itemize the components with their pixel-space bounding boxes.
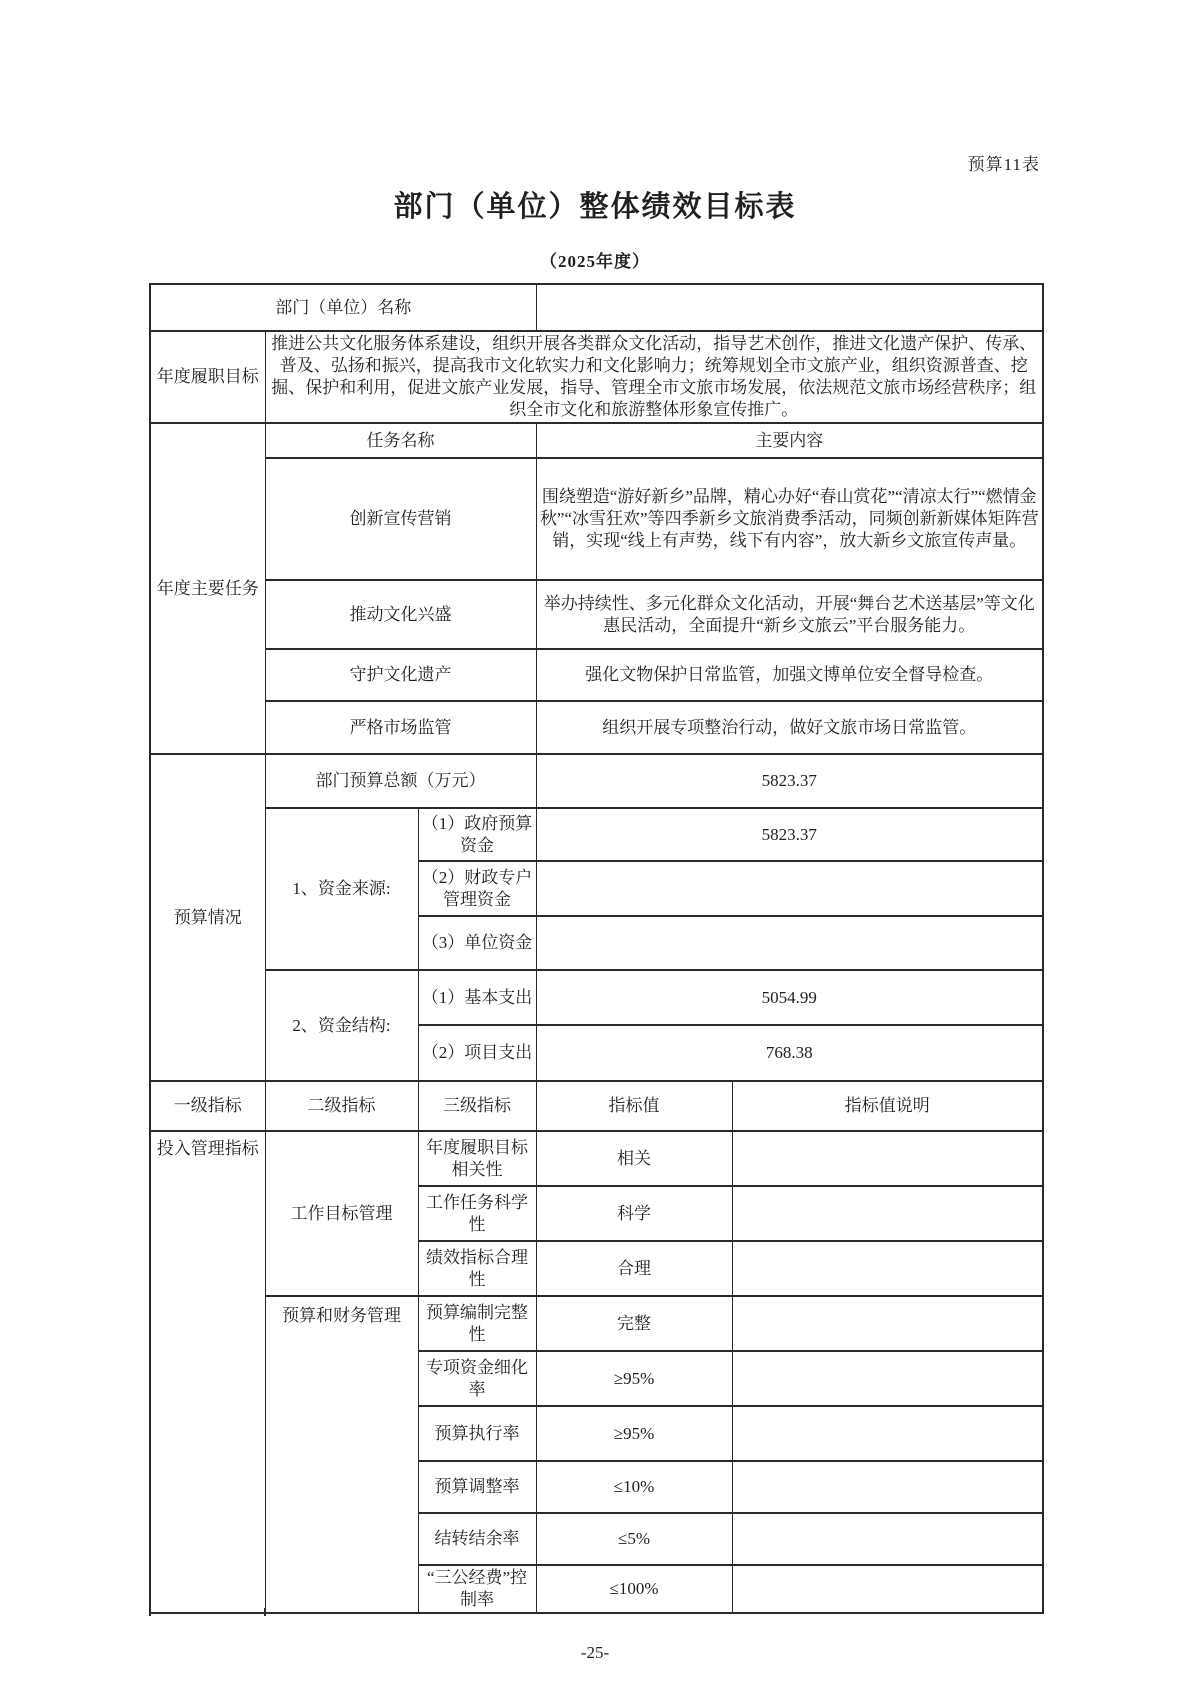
budget-structure-label: 2、资金结构:	[265, 970, 418, 1081]
dept-name-label: 部门（单位）名称	[150, 284, 536, 331]
task-content: 围绕塑造“游好新乡”品牌，精心办好“春山赏花”“清凉太行”“燃情金秋”“冰雪狂欢…	[536, 458, 1043, 580]
table-row: 年度主要任务 任务名称 主要内容	[150, 423, 1043, 458]
budget-source-item-label: （3）单位资金	[418, 916, 536, 970]
indicator-value: 合理	[536, 1241, 732, 1296]
table-row: 投入管理指标 工作目标管理 年度履职目标相关性 相关	[150, 1131, 1043, 1186]
indicator-value: 完整	[536, 1296, 732, 1351]
budget-structure-item-value: 768.38	[536, 1025, 1043, 1081]
page-subtitle: （2025年度）	[0, 247, 1190, 272]
indicator-value: ≤5%	[536, 1513, 732, 1565]
dept-name-value	[536, 284, 1043, 331]
indicator-note	[732, 1131, 1043, 1186]
indicator-name: 绩效指标合理性	[418, 1241, 536, 1296]
indicator-name: 预算编制完整性	[418, 1296, 536, 1351]
table-row: 守护文化遗产 强化文物保护日常监管，加强文博单位安全督导检查。	[150, 649, 1043, 701]
indicator-value: 相关	[536, 1131, 732, 1186]
indicator-name: 年度履职目标相关性	[418, 1131, 536, 1186]
budget-source-item-value	[536, 861, 1043, 916]
budget-total-label: 部门预算总额（万元）	[265, 754, 536, 808]
budget-source-item-value: 5823.37	[536, 808, 1043, 861]
indicator-value: ≥95%	[536, 1351, 732, 1406]
table-row: 部门（单位）名称	[150, 284, 1043, 331]
budget-section-label: 预算情况	[150, 754, 265, 1081]
indicator-note	[732, 1513, 1043, 1565]
indicator-note	[732, 1565, 1043, 1613]
indicator-name: “三公经费”控制率	[418, 1565, 536, 1613]
indicator-name: 预算执行率	[418, 1406, 536, 1461]
table-row: 严格市场监管 组织开展专项整治行动，做好文旅市场日常监管。	[150, 701, 1043, 754]
table-row: 1、资金来源: （1）政府预算资金 5823.37	[150, 808, 1043, 861]
indicator-header-value: 指标值	[536, 1081, 732, 1131]
indicator-note	[732, 1186, 1043, 1241]
indicator-note	[732, 1406, 1043, 1461]
task-content: 举办持续性、多元化群众文化活动，开展“舞台艺术送基层”等文化惠民活动，全面提升“…	[536, 580, 1043, 649]
indicator-note	[732, 1241, 1043, 1296]
table-row: 年度履职目标 推进公共文化服务体系建设，组织开展各类群众文化活动，指导艺术创作，…	[150, 331, 1043, 423]
indicator-level2-label: 工作目标管理	[265, 1131, 418, 1296]
budget-source-item-label: （2）财政专户管理资金	[418, 861, 536, 916]
indicator-note	[732, 1296, 1043, 1351]
table-row: 2、资金结构: （1）基本支出 5054.99	[150, 970, 1043, 1025]
indicator-note	[732, 1461, 1043, 1513]
indicator-name: 预算调整率	[418, 1461, 536, 1513]
indicator-name: 结转结余率	[418, 1513, 536, 1565]
table-cut-stub-col1	[264, 1608, 266, 1616]
page-title: 部门（单位）整体绩效目标表	[0, 184, 1190, 225]
budget-structure-item-label: （2）项目支出	[418, 1025, 536, 1081]
task-content: 组织开展专项整治行动，做好文旅市场日常监管。	[536, 701, 1043, 754]
indicator-name: 专项资金细化率	[418, 1351, 536, 1406]
annual-duty-label: 年度履职目标	[150, 331, 265, 423]
task-name: 严格市场监管	[265, 701, 536, 754]
indicator-header-level1: 一级指标	[150, 1081, 265, 1131]
task-name: 守护文化遗产	[265, 649, 536, 701]
table-row: 推动文化兴盛 举办持续性、多元化群众文化活动，开展“舞台艺术送基层”等文化惠民活…	[150, 580, 1043, 649]
indicator-level2-label: 预算和财务管理	[265, 1296, 418, 1613]
task-name-header: 任务名称	[265, 423, 536, 458]
tasks-section-label: 年度主要任务	[150, 423, 265, 754]
budget-structure-item-label: （1）基本支出	[418, 970, 536, 1025]
budget-source-item-value	[536, 916, 1043, 970]
task-content-header: 主要内容	[536, 423, 1043, 458]
table-cut-stub-left	[149, 1608, 151, 1616]
indicator-name: 工作任务科学性	[418, 1186, 536, 1241]
table-row: 一级指标 二级指标 三级指标 指标值 指标值说明	[150, 1081, 1043, 1131]
indicator-value: ≤10%	[536, 1461, 732, 1513]
task-content: 强化文物保护日常监管，加强文博单位安全督导检查。	[536, 649, 1043, 701]
table-row: 预算情况 部门预算总额（万元） 5823.37	[150, 754, 1043, 808]
indicator-header-level3: 三级指标	[418, 1081, 536, 1131]
task-name: 创新宣传营销	[265, 458, 536, 580]
budget-structure-item-value: 5054.99	[536, 970, 1043, 1025]
performance-target-table: 部门（单位）名称 年度履职目标 推进公共文化服务体系建设，组织开展各类群众文化活…	[149, 283, 1044, 1614]
budget-source-label: 1、资金来源:	[265, 808, 418, 970]
task-name: 推动文化兴盛	[265, 580, 536, 649]
indicator-header-note: 指标值说明	[732, 1081, 1043, 1131]
page-number: -25-	[0, 1643, 1190, 1663]
table-row: 创新宣传营销 围绕塑造“游好新乡”品牌，精心办好“春山赏花”“清凉太行”“燃情金…	[150, 458, 1043, 580]
indicator-value: ≤100%	[536, 1565, 732, 1613]
table-row: 预算和财务管理 预算编制完整性 完整	[150, 1296, 1043, 1351]
indicator-value: 科学	[536, 1186, 732, 1241]
budget-source-item-label: （1）政府预算资金	[418, 808, 536, 861]
indicator-header-level2: 二级指标	[265, 1081, 418, 1131]
indicator-value: ≥95%	[536, 1406, 732, 1461]
budget-total-value: 5823.37	[536, 754, 1043, 808]
form-number-label: 预算11表	[0, 150, 1040, 175]
indicator-note	[732, 1351, 1043, 1406]
document-page: 预算11表 部门（单位）整体绩效目标表 （2025年度） 部门（单位）名称 年度…	[0, 0, 1190, 1684]
annual-duty-text: 推进公共文化服务体系建设，组织开展各类群众文化活动，指导艺术创作，推进文化遗产保…	[265, 331, 1043, 423]
indicator-level1-label: 投入管理指标	[150, 1131, 265, 1613]
